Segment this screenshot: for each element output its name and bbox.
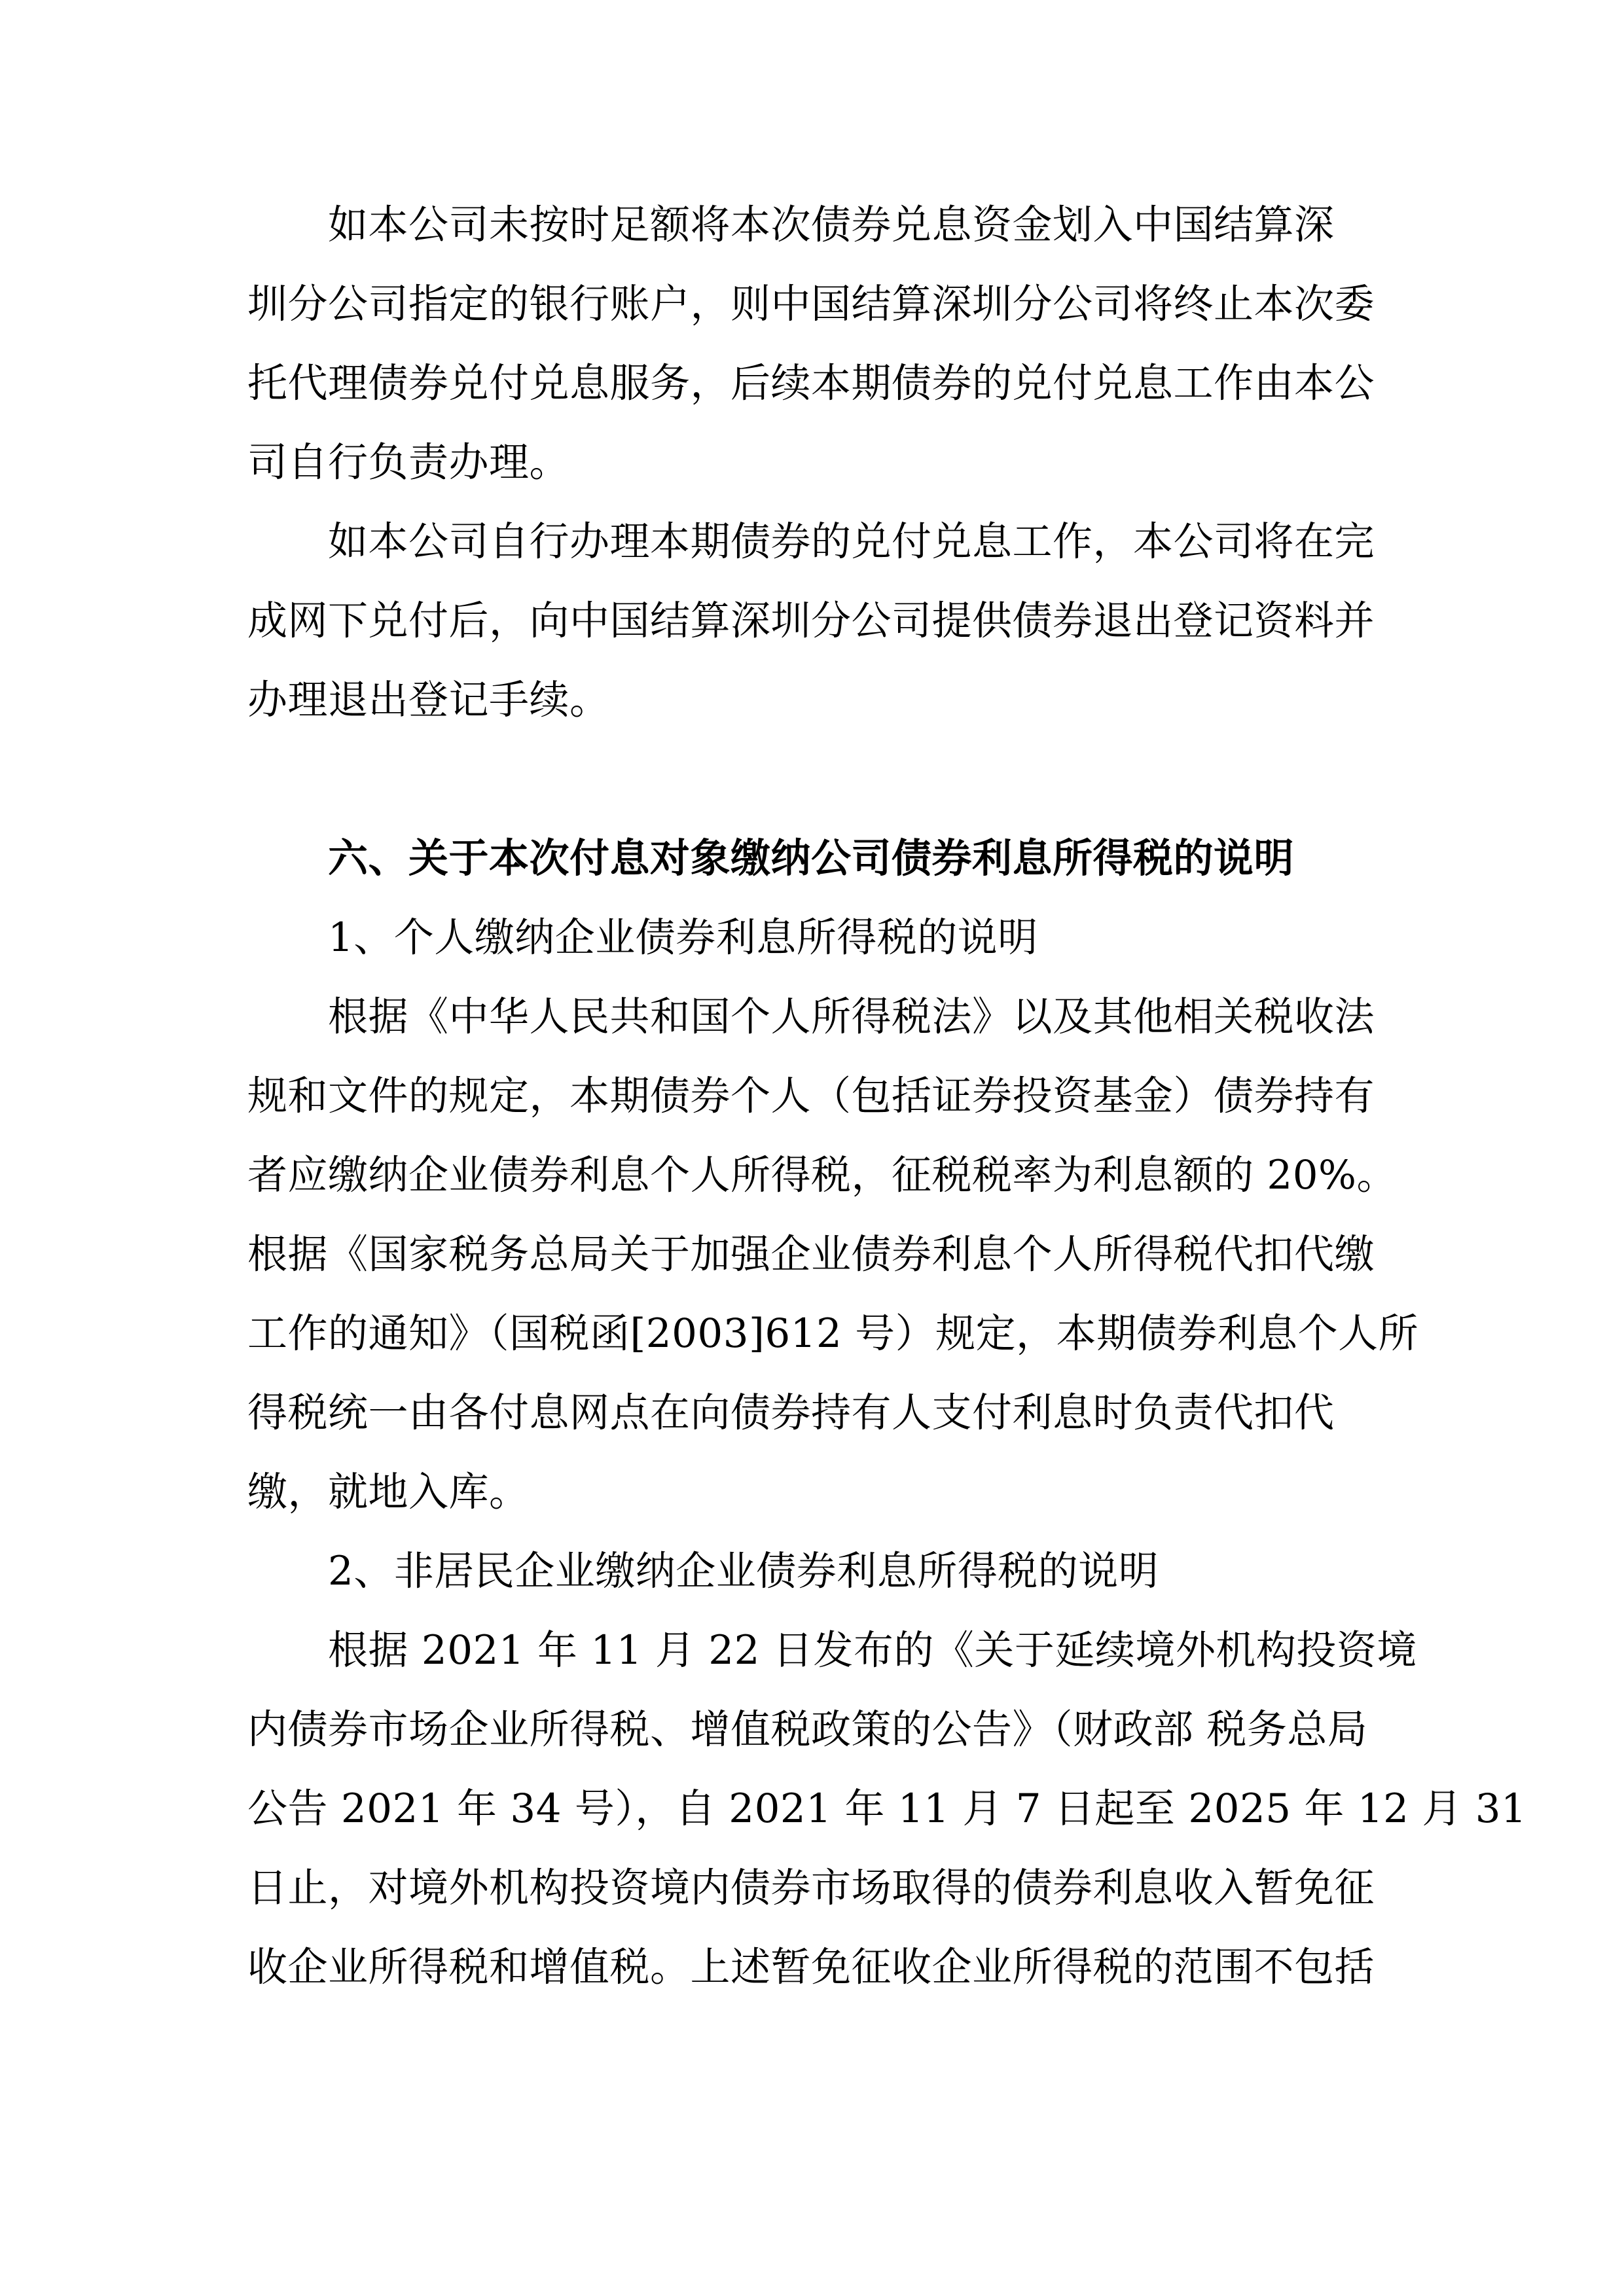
paragraph-line: 成网下兑付后，向中国结算深圳分公司提供债券退出登记资料并 <box>247 581 1386 660</box>
paragraph-line: 得税统一由各付息网点在向债券持有人支付利息时负责代扣代 <box>247 1373 1386 1452</box>
paragraph-line: 根据《国家税务总局关于加强企业债券利息个人所得税代扣代缴 <box>247 1215 1386 1294</box>
paragraph-line: 内债券市场企业所得税、增值税政策的公告》（财政部 税务总局 <box>247 1690 1386 1769</box>
paragraph-line: 如本公司未按时足额将本次债券兑息资金划入中国结算深 <box>247 185 1386 264</box>
document-body: 如本公司未按时足额将本次债券兑息资金划入中国结算深 圳分公司指定的银行账户，则中… <box>247 185 1386 2007</box>
paragraph-line: 规和文件的规定，本期债券个人（包括证券投资基金）债券持有 <box>247 1056 1386 1136</box>
paragraph-line: 收企业所得税和增值税。上述暂免征收企业所得税的范围不包括 <box>247 1928 1386 2007</box>
paragraph-line: 根据《中华人民共和国个人所得税法》以及其他相关税收法 <box>247 977 1386 1056</box>
paragraph-line: 托代理债券兑付兑息服务，后续本期债券的兑付兑息工作由本公 <box>247 344 1386 423</box>
document-page: 如本公司未按时足额将本次债券兑息资金划入中国结算深 圳分公司指定的银行账户，则中… <box>0 0 1624 2296</box>
subsection-heading: 1、个人缴纳企业债券利息所得税的说明 <box>247 898 1386 977</box>
paragraph-line: 日止，对境外机构投资境内债券市场取得的债券利息收入暂免征 <box>247 1848 1386 1928</box>
paragraph-line: 者应缴纳企业债券利息个人所得税，征税税率为利息额的 20%。 <box>247 1136 1386 1215</box>
blank-line <box>247 740 1386 819</box>
subsection-heading: 2、非居民企业缴纳企业债券利息所得税的说明 <box>247 1532 1386 1611</box>
paragraph-line: 根据 2021 年 11 月 22 日发布的《关于延续境外机构投资境 <box>247 1611 1386 1690</box>
paragraph-line: 缴，就地入库。 <box>247 1452 1386 1532</box>
paragraph-line: 圳分公司指定的银行账户，则中国结算深圳分公司将终止本次委 <box>247 264 1386 344</box>
paragraph-line: 工作的通知》（国税函[2003]612 号）规定，本期债券利息个人所 <box>247 1294 1386 1373</box>
paragraph-line: 办理退出登记手续。 <box>247 660 1386 740</box>
paragraph-line: 司自行负责办理。 <box>247 423 1386 502</box>
paragraph-line: 公告 2021 年 34 号），自 2021 年 11 月 7 日起至 2025… <box>247 1769 1386 1848</box>
section-heading: 六、关于本次付息对象缴纳公司债券利息所得税的说明 <box>247 819 1386 898</box>
paragraph-line: 如本公司自行办理本期债券的兑付兑息工作，本公司将在完 <box>247 502 1386 581</box>
